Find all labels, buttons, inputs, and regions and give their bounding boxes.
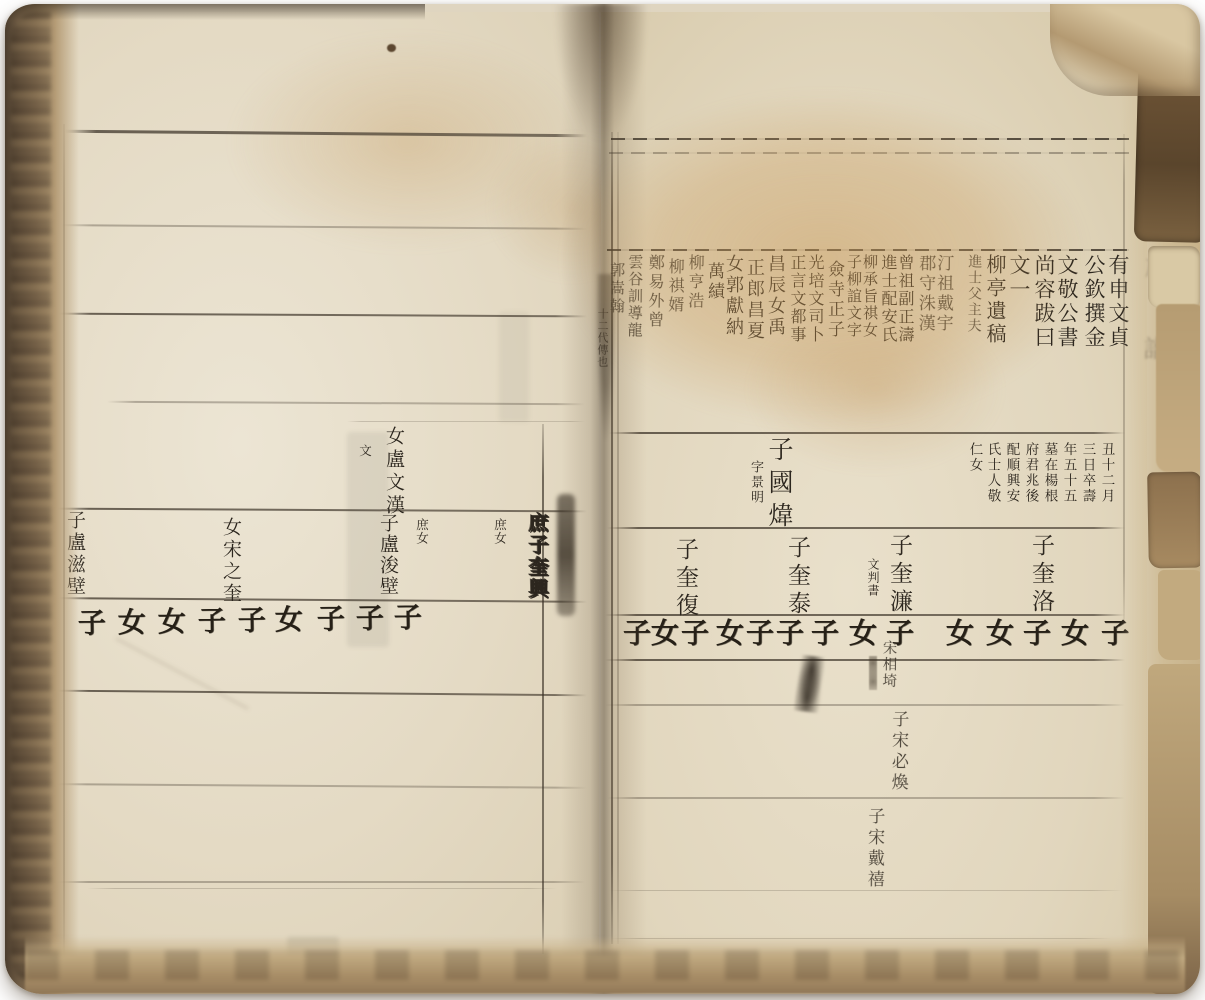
handwritten-son-entry: 子宋戴禧 (865, 807, 883, 891)
child-glyph: 女 (841, 618, 881, 646)
torn-paper-fragment (1156, 304, 1200, 472)
left-page: 女盧文漢 文 庶子奎興 庶女 庶女 子盧浚壁 女宋之奎 子盧滋壁 子女女子子女子… (47, 12, 599, 970)
preface-column: 公欽撰金 (1083, 254, 1104, 350)
preface-column: 柳亭遺稿 (985, 254, 1005, 346)
entry-concubine-daughter: 庶女 (493, 518, 506, 545)
biography-column: 配順興安 (1004, 442, 1018, 504)
child-glyph: 子 (230, 605, 270, 634)
son-entry: 子奎復 (673, 537, 696, 621)
entry-daughter-no-munhan: 女盧文漢 (384, 426, 403, 518)
son-entry: 子奎泰 (785, 535, 808, 619)
biography-column: 氏士人敬 (985, 442, 999, 504)
ruled-line (609, 152, 1129, 154)
bleed-through-text (499, 312, 529, 422)
preface-column: 萬績 (705, 262, 722, 302)
biography-column: 丑十二月 (1099, 442, 1113, 504)
preface-column: 女郭獻納 (724, 254, 742, 338)
preface-column: 子柳誼文字 (846, 254, 861, 339)
top-right-corner-fold (1050, 4, 1200, 96)
ruled-line (607, 797, 1125, 799)
biography-column: 仁女 (967, 442, 981, 473)
child-glyph: 子 (190, 606, 230, 635)
child-glyph: 子 (768, 618, 808, 646)
main-entry-name: 子國煒 (767, 436, 792, 535)
ruled-line (611, 138, 1129, 140)
son-entry-note: 文判書 (867, 558, 879, 597)
ruled-line (607, 527, 1125, 529)
right-page: 有申文貞 公欽撰金 文敬公書 尚容跋曰 文一 柳亭遺稿 進士父主夫 汀祖戴宇 郡… (601, 12, 1147, 970)
preface-column: 光培文司卜 (807, 254, 823, 344)
left-tattered-edge (5, 4, 79, 994)
handwritten-note-song: 宋相埼 (881, 640, 896, 690)
spine-fold-crease (553, 4, 649, 144)
preface-column-handwritten: 郡守洙漢 (916, 254, 934, 334)
preface-column: 進士配安氏 (880, 254, 896, 344)
preface-column-handwritten: 鄭易外曾 (647, 254, 664, 330)
child-glyph: 女 (110, 607, 150, 636)
top-edge-shadow (5, 4, 425, 20)
ruled-line (55, 783, 587, 788)
child-glyph: 女 (150, 606, 190, 635)
ruled-line (57, 690, 587, 697)
preface-column: 昌辰女禹 (766, 254, 784, 338)
preface-column: 文一 (1008, 254, 1029, 302)
preface-column: 正郎昌夏 (745, 258, 763, 342)
ruled-line (65, 130, 587, 138)
child-glyph: 子 (386, 602, 426, 631)
child-glyph: 子 (1015, 618, 1055, 646)
preface-column-handwritten: 汀祖戴宇 (934, 254, 952, 334)
entry-concubine-daughter: 庶女 (415, 518, 428, 545)
child-glyph: 女 (978, 618, 1018, 646)
torn-paper-fragment (1147, 472, 1200, 569)
son-entry: 子奎濂 (887, 533, 910, 617)
frame-line (542, 424, 544, 954)
biography-column: 三日卒壽 (1080, 442, 1094, 504)
tiny-side-note-smudge (869, 656, 877, 690)
ruled-line (605, 704, 1125, 706)
entry-concubine-son: 庶子奎興 (527, 512, 547, 600)
left-child-row: 子女女子子女子子子 (47, 599, 588, 656)
preface-column: 僉寺正子 (825, 260, 842, 340)
preface-column: 正言文都事 (789, 254, 805, 344)
ruled-line (347, 421, 585, 422)
paper-stain (227, 32, 587, 252)
ruled-line (57, 508, 587, 513)
ink-spot (387, 44, 396, 52)
child-glyph: 女 (1053, 618, 1093, 646)
child-glyph: 子 (803, 618, 843, 646)
child-glyph: 女 (267, 604, 307, 633)
ruled-line (57, 881, 585, 883)
preface-column: 曾祖副正濤 (897, 254, 913, 344)
child-glyph: 子 (309, 603, 349, 632)
entry-daughter-song: 女宋之奎 (221, 517, 240, 605)
preface-column: 文敬公書 (1056, 254, 1077, 350)
biography-column: 年五十五 (1061, 442, 1075, 504)
child-glyph: 子 (673, 618, 713, 646)
ruled-line (609, 432, 1125, 434)
open-book: 女盧文漢 文 庶子奎興 庶女 庶女 子盧浚壁 女宋之奎 子盧滋壁 子女女子子女子… (5, 4, 1200, 994)
main-entry-courtesy-name: 字景明 (749, 460, 762, 505)
torn-paper-fragment (1148, 246, 1200, 308)
biography-column: 墓在楊根 (1042, 442, 1056, 504)
son-entry: 子奎洛 (1029, 533, 1052, 617)
child-glyph: 子 (348, 603, 388, 632)
torn-paper-fragment (1158, 570, 1200, 660)
ruled-line (61, 224, 587, 229)
preface-column: 柳承旨祺女 (862, 254, 877, 339)
entry-note-mun: 文 (358, 444, 371, 460)
preface-column-handwritten: 進士父主夫 (967, 254, 982, 334)
book-gutter-shadow (561, 4, 647, 994)
preface-column: 尚容跋曰 (1033, 254, 1054, 350)
child-glyph: 女 (938, 618, 978, 646)
book-photo: 女盧文漢 文 庶子奎興 庶女 庶女 子盧浚壁 女宋之奎 子盧滋壁 子女女子子女子… (0, 0, 1205, 1000)
biography-column: 府君兆後 (1023, 442, 1037, 504)
preface-column-handwritten: 柳亨浩 (687, 254, 704, 311)
ruled-line (87, 888, 557, 889)
handwritten-son-entry: 子宋必煥 (889, 710, 907, 794)
preface-column-handwritten: 柳祺婿 (667, 258, 684, 315)
ruled-line (607, 249, 1129, 251)
entry-son-no: 子盧浚壁 (378, 513, 397, 597)
bottom-page-edges (25, 936, 1185, 994)
